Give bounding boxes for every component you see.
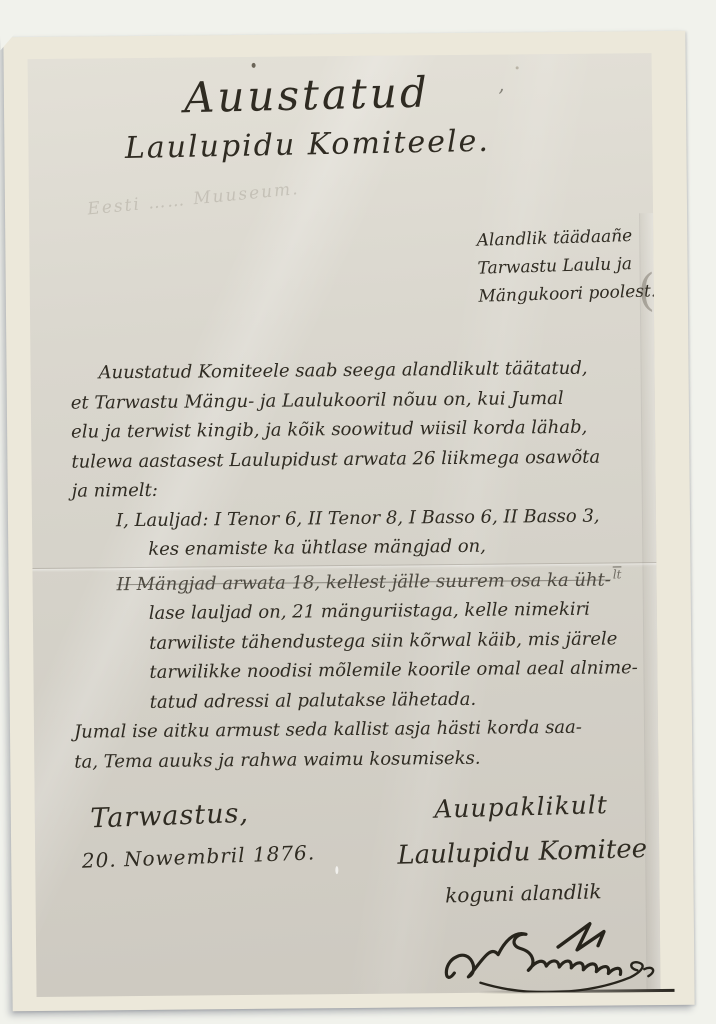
photo-print: Auustatud Laulupidu Komiteele. ’ Eesti …… <box>3 31 694 1012</box>
signature <box>440 919 661 996</box>
museum-pencil-stamp: Eesti …… Muuseum. <box>87 171 388 220</box>
photo-of-letter: { "colors": { "background": "#f1f2ec", "… <box>0 0 716 1024</box>
closing-block: Auupaklikult Laulupidu Komitee koguni al… <box>390 789 655 909</box>
list-item-players-cont: tarwilikke noodisi mõlemile koorile omal… <box>73 653 643 688</box>
sender-line: Mängukoori poolest. <box>478 277 660 311</box>
letter-body: Auustatud Komiteele saab seega alandliku… <box>70 353 644 776</box>
bottom-rule-line <box>479 989 675 994</box>
place-name: Tarwastus, <box>90 795 314 834</box>
closing-salutation: Auupaklikult <box>390 789 653 825</box>
list-item-singers: I, Lauljad: I Tenor 6, II Tenor 8, I Bas… <box>72 501 642 536</box>
closing-committee: Laulupidu Komitee <box>391 834 654 871</box>
stray-pen-tick: ’ <box>498 84 505 108</box>
body-line: tulewa aastasest Laulupidust arwata 26 l… <box>71 442 641 477</box>
document-photo: Auustatud Laulupidu Komiteele. ’ Eesti …… <box>28 53 661 997</box>
body-line: Auustatud Komiteele saab seega alandliku… <box>70 353 640 388</box>
damaged-corner <box>0 33 15 50</box>
body-line: Jumal ise aitku armust seda kallist asja… <box>74 712 644 747</box>
superscript-correction: lt <box>613 567 622 581</box>
sender-block: Alandlik täädaañe Tarwastu Laulu ja Mäng… <box>476 221 660 311</box>
corrected-word: II Mängjad arwata 18, kellest jälle suur… <box>116 569 610 595</box>
place-date-block: Tarwastus, 20. Nowembril 1876. <box>90 795 316 872</box>
list-item-players-cont: lase lauljad on, 21 mänguriistaga, kelle… <box>73 594 643 629</box>
dust-speck <box>335 866 338 874</box>
title-line-2: Laulupidu Komiteele. <box>28 122 587 168</box>
letter-title: Auustatud Laulupidu Komiteele. <box>28 53 653 165</box>
closing-humble: koguni alandlik <box>392 878 655 909</box>
body-line: ta, Tema auuks ja rahwa waimu kosumiseks… <box>74 742 644 777</box>
letter-date: 20. Nowembril 1876. <box>81 840 315 872</box>
list-item-players: II Mängjad arwata 18, kellest jälle suur… <box>72 560 642 600</box>
dust-speck <box>252 63 256 68</box>
body-line: elu ja terwist kingib, ja kõik soowitud … <box>71 412 641 447</box>
pencil-parenthesis-mark: ( <box>638 265 656 316</box>
